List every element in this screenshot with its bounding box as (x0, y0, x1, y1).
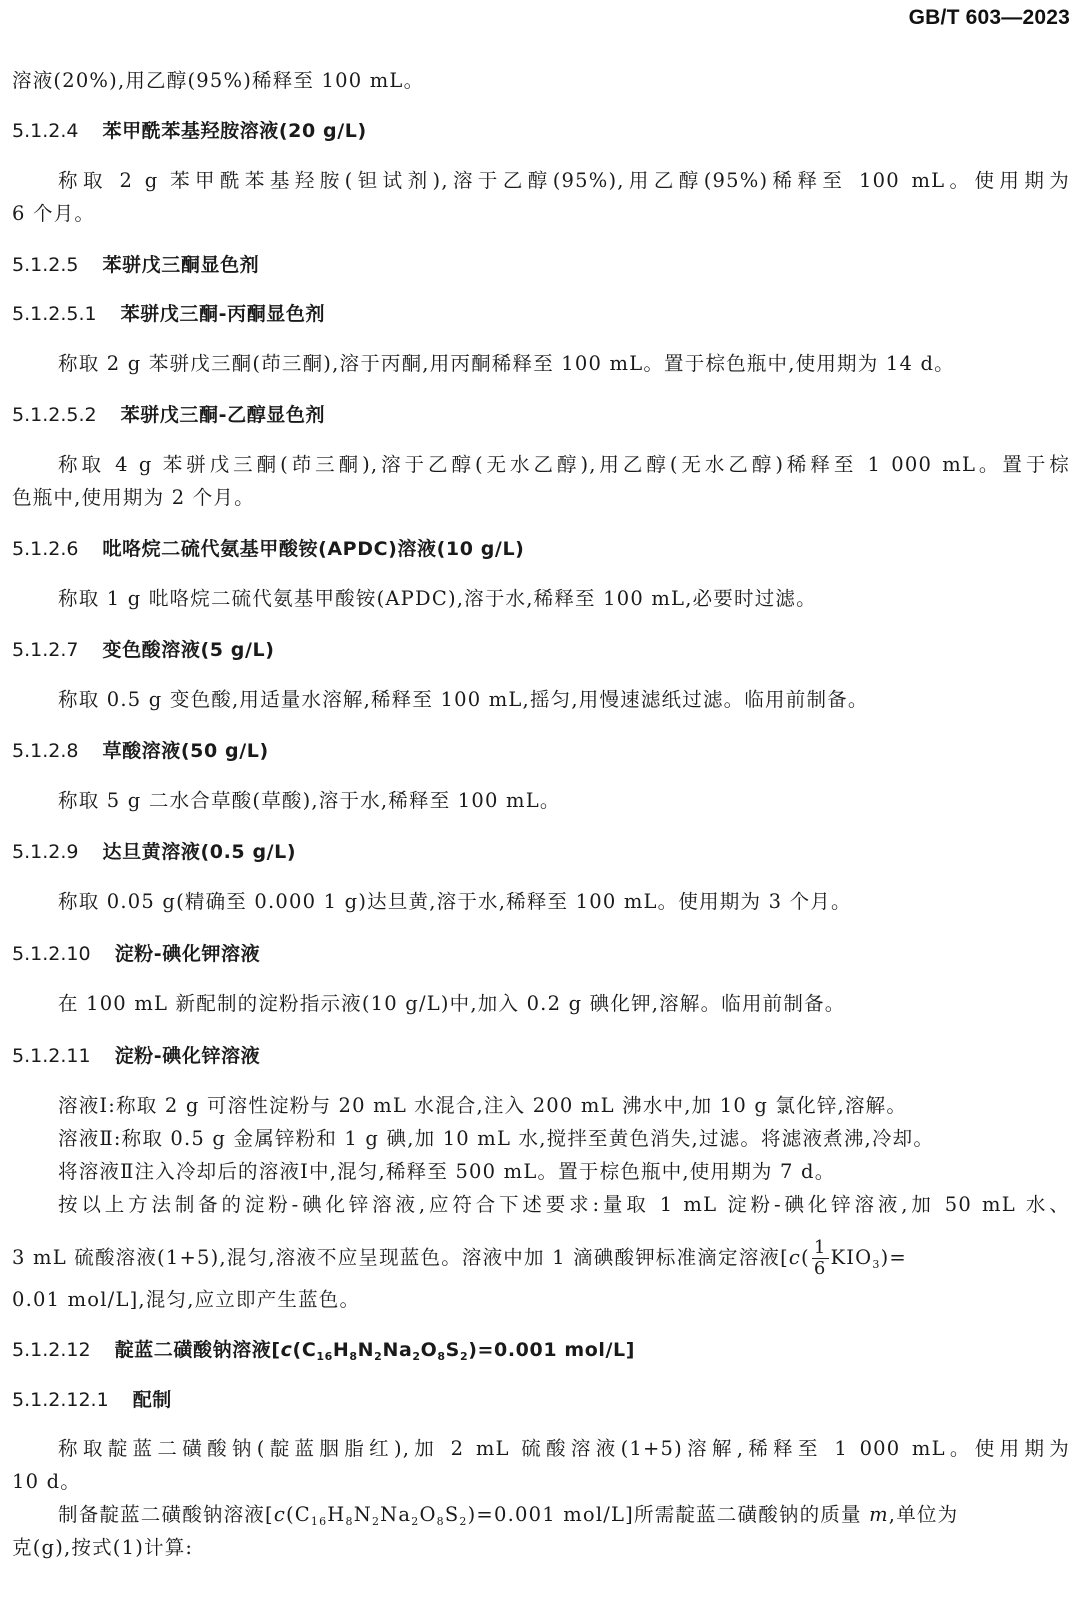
section-title: 靛蓝二磺酸钠溶液[ (115, 1339, 281, 1361)
formula-var-m: m (869, 1503, 889, 1526)
formula-part: O (421, 1339, 438, 1361)
formula-part: O (419, 1503, 436, 1526)
body-text: 称取 5 g 二水合草酸(草酸),溶于水,稀释至 100 mL。 (58, 788, 1070, 814)
body-text: 称取 4 g 苯骈戊三酮(茚三酮),溶于乙醇(无水乙醇),用乙醇(无水乙醇)稀释… (58, 452, 1070, 478)
formula-part: S (445, 1503, 460, 1526)
section-title: 苯骈戊三酮-乙醇显色剂 (121, 404, 326, 426)
section-title: 达旦黄溶液(0.5 g/L) (102, 841, 296, 863)
fraction-numerator: 1 (812, 1238, 829, 1259)
body-text: 溶液Ⅱ:称取 0.5 g 金属锌粉和 1 g 碘,加 10 mL 水,搅拌至黄色… (58, 1126, 1070, 1152)
section-number: 5.1.2.9 (12, 841, 78, 863)
document-page: GB/T 603—2023 溶液(20%),用乙醇(95%)稀释至 100 mL… (0, 0, 1080, 1623)
subscript: 16 (311, 1515, 327, 1528)
formula-kio: KIO (831, 1246, 873, 1269)
text-run: ,单位为 (889, 1503, 959, 1526)
heading-5-1-2-8: 5.1.2.8草酸溶液(50 g/L) (12, 738, 1070, 764)
subscript: 8 (349, 1350, 357, 1363)
subscript: 8 (437, 1350, 445, 1363)
heading-5-1-2-10: 5.1.2.10淀粉-碘化钾溶液 (12, 941, 1070, 967)
section-title: 变色酸溶液(5 g/L) (102, 639, 274, 661)
section-number: 5.1.2.5.1 (12, 303, 97, 325)
subscript: 2 (459, 1515, 467, 1528)
formula-part: Na (380, 1503, 411, 1526)
subscript: 2 (412, 1350, 420, 1363)
formula-var-c: c (274, 1503, 286, 1526)
fraction-denominator: 6 (812, 1259, 829, 1279)
heading-5-1-2-12: 5.1.2.12靛蓝二磺酸钠溶液[c(C16H8N2Na2O8S2)=0.001… (12, 1337, 1070, 1363)
formula-part: )=0.001 mol/L] (468, 1339, 635, 1361)
section-title: 配制 (133, 1389, 172, 1411)
fraction-one-sixth: 16 (812, 1238, 829, 1279)
section-title: 淀粉-碘化锌溶液 (115, 1045, 261, 1067)
text-run: 制备靛蓝二磺酸钠溶液[ (58, 1503, 274, 1526)
body-text: 称取 1 g 吡咯烷二硫代氨基甲酸铵(APDC),溶于水,稀释至 100 mL,… (58, 586, 1070, 612)
section-number: 5.1.2.12 (12, 1339, 91, 1361)
text-run: )=0.001 mol/L]所需靛蓝二磺酸钠的质量 (468, 1503, 869, 1526)
body-text-with-formula: 制备靛蓝二磺酸钠溶液[c(C16H8N2Na2O8S2)=0.001 mol/L… (58, 1502, 1070, 1528)
formula-part: (C (286, 1503, 311, 1526)
section-number: 5.1.2.5.2 (12, 404, 97, 426)
text-run: )= (881, 1246, 907, 1269)
body-text: 称取 0.5 g 变色酸,用适量水溶解,稀释至 100 mL,摇匀,用慢速滤纸过… (58, 687, 1070, 713)
section-title: 吡咯烷二硫代氨基甲酸铵(APDC)溶液(10 g/L) (102, 538, 524, 560)
subscript: 2 (372, 1515, 380, 1528)
body-text: 将溶液Ⅱ注入冷却后的溶液Ⅰ中,混匀,稀释至 500 mL。置于棕色瓶中,使用期为… (58, 1159, 1070, 1185)
text-run: ( (801, 1246, 810, 1269)
body-text: 称取 2 g 苯骈戊三酮(茚三酮),溶于丙酮,用丙酮稀释至 100 mL。置于棕… (58, 351, 1070, 377)
formula-var-c: c (789, 1246, 801, 1269)
body-text-with-formula: 3 mL 硫酸溶液(1+5),混匀,溶液不应呈现蓝色。溶液中加 1 滴碘酸钾标准… (12, 1238, 1070, 1279)
text-run: 3 mL 硫酸溶液(1+5),混匀,溶液不应呈现蓝色。溶液中加 1 滴碘酸钾标准… (12, 1246, 789, 1269)
heading-5-1-2-7: 5.1.2.7变色酸溶液(5 g/L) (12, 637, 1070, 663)
heading-5-1-2-4: 5.1.2.4苯甲酰苯基羟胺溶液(20 g/L) (12, 118, 1070, 144)
section-number: 5.1.2.7 (12, 639, 78, 661)
body-text: 0.01 mol/L],混匀,应立即产生蓝色。 (12, 1287, 1070, 1313)
body-text: 称取 0.05 g(精确至 0.000 1 g)达旦黄,溶于水,稀释至 100 … (58, 889, 1070, 915)
paragraph-continuation: 溶液(20%),用乙醇(95%)稀释至 100 mL。 (12, 68, 1070, 94)
section-number: 5.1.2.11 (12, 1045, 91, 1067)
formula-var-c: c (281, 1339, 293, 1361)
section-number: 5.1.2.10 (12, 943, 91, 965)
section-number: 5.1.2.6 (12, 538, 78, 560)
body-text: 溶液Ⅰ:称取 2 g 可溶性淀粉与 20 mL 水混合,注入 200 mL 沸水… (58, 1093, 1070, 1119)
formula-part: (C (293, 1339, 317, 1361)
standard-code: GB/T 603—2023 (909, 6, 1070, 30)
section-number: 5.1.2.4 (12, 120, 78, 142)
subscript: 2 (460, 1350, 468, 1363)
body-text: 6 个月。 (12, 201, 1070, 227)
formula-part: Na (382, 1339, 412, 1361)
section-title: 草酸溶液(50 g/L) (102, 740, 268, 762)
body-text: 色瓶中,使用期为 2 个月。 (12, 485, 1070, 511)
heading-5-1-2-11: 5.1.2.11淀粉-碘化锌溶液 (12, 1043, 1070, 1069)
section-title: 苯骈戊三酮-丙酮显色剂 (121, 303, 326, 325)
heading-5-1-2-5: 5.1.2.5苯骈戊三酮显色剂 (12, 252, 1070, 278)
formula-part: H (327, 1503, 345, 1526)
body-text: 10 d。 (12, 1469, 1070, 1495)
formula-part: N (358, 1339, 375, 1361)
formula-part: H (333, 1339, 350, 1361)
subscript: 3 (872, 1258, 880, 1271)
section-number: 5.1.2.5 (12, 254, 78, 276)
body-text: 按以上方法制备的淀粉-碘化锌溶液,应符合下述要求:量取 1 mL 淀粉-碘化锌溶… (58, 1192, 1070, 1218)
body-text: 称取靛蓝二磺酸钠(靛蓝胭脂红),加 2 mL 硫酸溶液(1+5)溶解,稀释至 1… (58, 1436, 1070, 1462)
subscript: 8 (437, 1515, 445, 1528)
heading-5-1-2-5-2: 5.1.2.5.2苯骈戊三酮-乙醇显色剂 (12, 402, 1070, 428)
section-title: 淀粉-碘化钾溶液 (115, 943, 261, 965)
subscript: 16 (316, 1350, 333, 1363)
section-title: 苯骈戊三酮显色剂 (102, 254, 259, 276)
body-text: 在 100 mL 新配制的淀粉指示液(10 g/L)中,加入 0.2 g 碘化钾… (58, 991, 1070, 1017)
heading-5-1-2-5-1: 5.1.2.5.1苯骈戊三酮-丙酮显色剂 (12, 301, 1070, 327)
section-number: 5.1.2.12.1 (12, 1389, 109, 1411)
body-text: 克(g),按式(1)计算: (12, 1535, 1070, 1561)
formula-part: S (446, 1339, 460, 1361)
body-text: 称取 2 g 苯甲酰苯基羟胺(钽试剂),溶于乙醇(95%),用乙醇(95%)稀释… (58, 168, 1070, 194)
heading-5-1-2-6: 5.1.2.6吡咯烷二硫代氨基甲酸铵(APDC)溶液(10 g/L) (12, 536, 1070, 562)
heading-5-1-2-9: 5.1.2.9达旦黄溶液(0.5 g/L) (12, 839, 1070, 865)
section-number: 5.1.2.8 (12, 740, 78, 762)
subscript: 8 (346, 1515, 354, 1528)
section-title: 苯甲酰苯基羟胺溶液(20 g/L) (102, 120, 366, 142)
heading-5-1-2-12-1: 5.1.2.12.1配制 (12, 1387, 1070, 1413)
formula-part: N (354, 1503, 372, 1526)
